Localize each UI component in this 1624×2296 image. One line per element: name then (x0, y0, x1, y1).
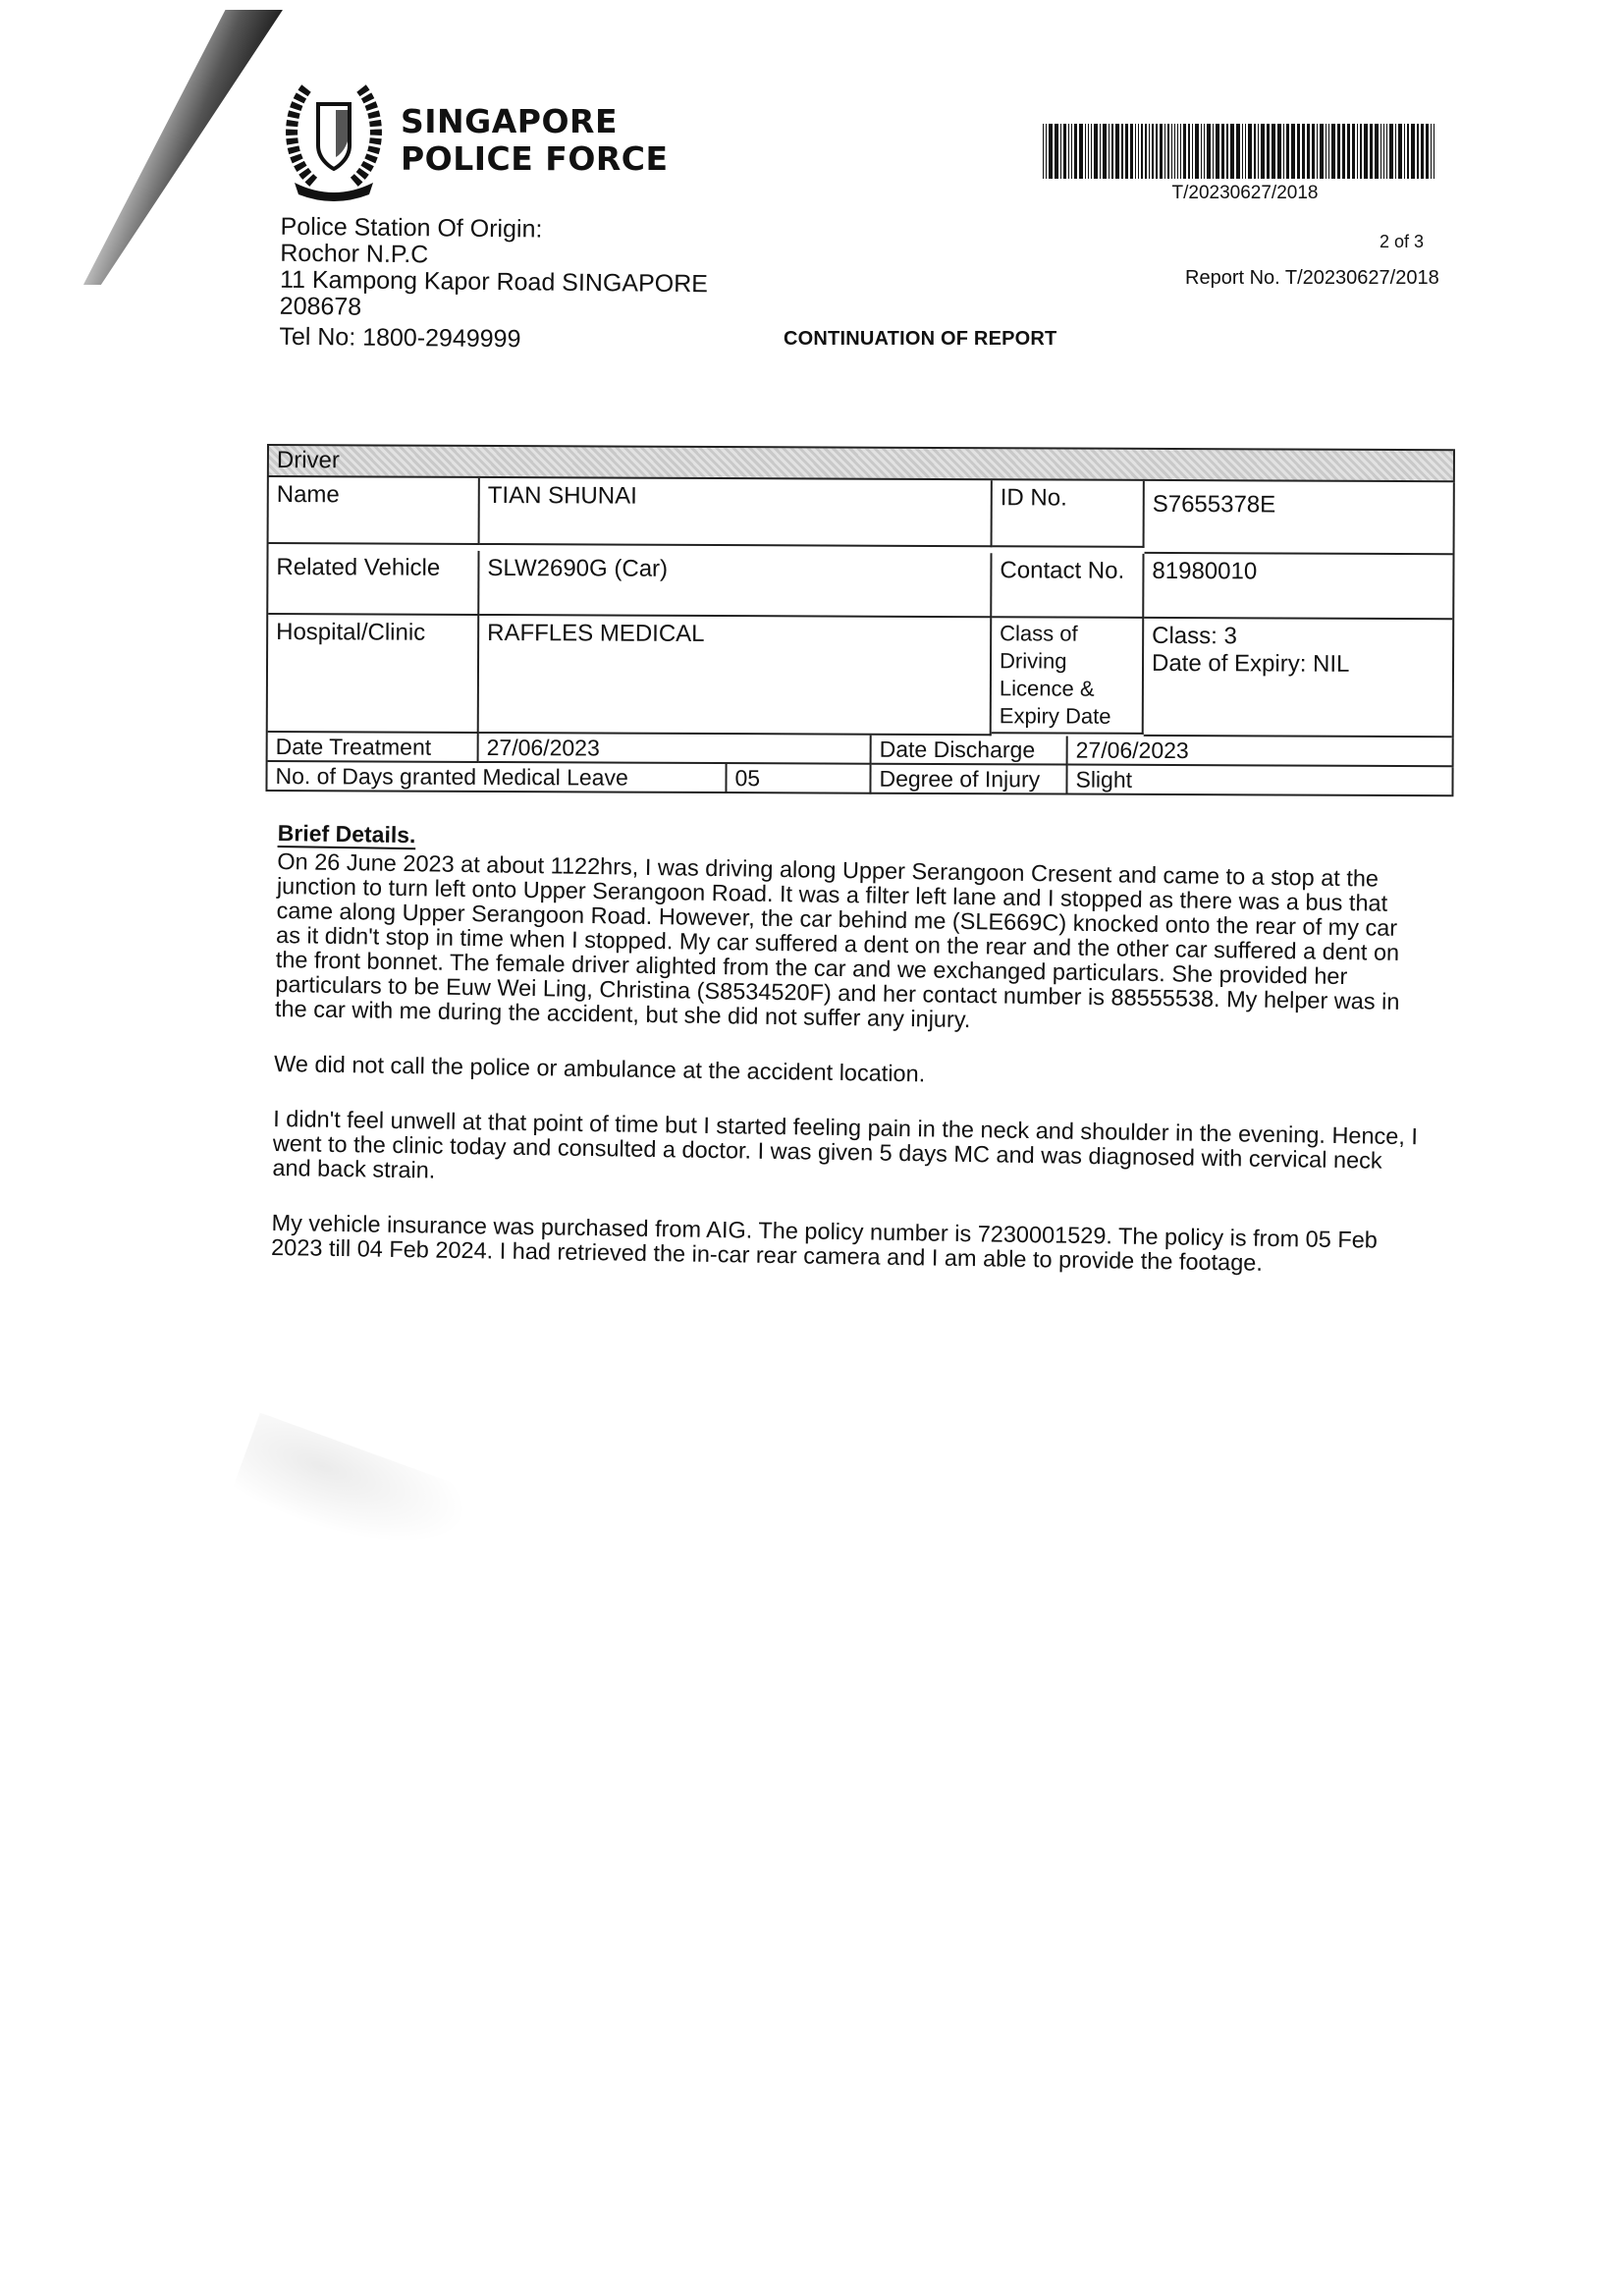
name-value: TIAN SHUNAI (480, 478, 993, 547)
agency-logo: SINGAPORE POLICE FORCE (285, 77, 669, 204)
page-indicator: 2 of 3 (1380, 232, 1424, 252)
injury-value: Slight (1067, 766, 1451, 797)
id-value: S7655378E (1145, 481, 1453, 555)
hospital-label: Hospital/Clinic (268, 615, 480, 734)
details-paragraph: We did not call the police or ambulance … (274, 1052, 1423, 1094)
date-discharge-label: Date Discharge (872, 736, 1068, 766)
details-paragraph: I didn't feel unwell at that point of ti… (272, 1107, 1422, 1198)
vehicle-label: Related Vehicle (268, 550, 479, 616)
licence-value: Class: 3 Date of Expiry: NIL (1144, 619, 1453, 738)
contact-value: 81980010 (1144, 554, 1452, 620)
date-discharge-value: 27/06/2023 (1068, 737, 1452, 768)
driver-section-title: Driver (267, 444, 1455, 482)
document-title: CONTINUATION OF REPORT (784, 328, 1056, 351)
scan-edge-shadow (83, 10, 283, 285)
station-address-line2: 208678 (280, 294, 708, 325)
name-label: Name (269, 477, 480, 545)
licence-class: Class: 3 (1152, 623, 1444, 651)
agency-name-line2: POLICE FORCE (401, 140, 669, 178)
injury-label: Degree of Injury (871, 765, 1067, 795)
date-treatment-label: Date Treatment (268, 733, 479, 763)
hospital-value: RAFFLES MEDICAL (479, 616, 993, 736)
report-number: Report No. T/20230627/2018 (1185, 267, 1439, 290)
brief-details: Brief Details. On 26 June 2023 at about … (270, 821, 1426, 1308)
police-crest-icon (285, 77, 383, 204)
date-treatment-value: 27/06/2023 (479, 734, 872, 765)
contact-label: Contact No. (992, 553, 1144, 619)
report-barcode: T/20230627/2018 (1043, 124, 1447, 204)
mc-days-label: No. of Days granted Medical Leave (267, 762, 727, 793)
licence-label: Class of Driving Licence & Expiry Date (992, 618, 1145, 735)
scan-smudge (227, 1413, 501, 1593)
station-tel: Tel No: 1800-2949999 (279, 324, 707, 355)
mc-days-value: 05 (727, 764, 871, 794)
licence-expiry: Date of Expiry: NIL (1152, 650, 1444, 679)
barcode-icon (1043, 124, 1447, 179)
vehicle-value: SLW2690G (Car) (479, 551, 992, 618)
station-of-origin: Police Station Of Origin: Rochor N.P.C 1… (279, 214, 708, 355)
barcode-text: T/20230627/2018 (1043, 183, 1447, 204)
driver-details-table: Driver Name TIAN SHUNAI ID No. S7655378E… (265, 444, 1455, 796)
details-paragraph: My vehicle insurance was purchased from … (271, 1211, 1421, 1278)
agency-name-line1: SINGAPORE (401, 103, 669, 140)
id-label: ID No. (993, 480, 1145, 548)
details-paragraph: On 26 June 2023 at about 1122hrs, I was … (275, 849, 1427, 1039)
